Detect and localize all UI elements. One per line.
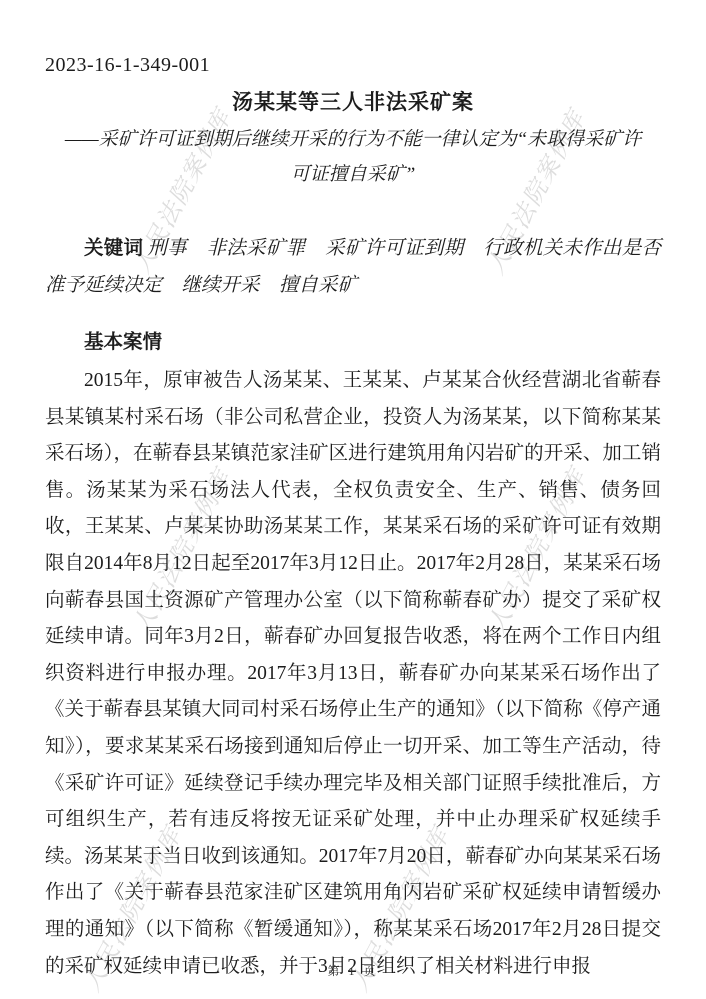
case-subtitle: ——采矿许可证到期后继续开采的行为不能一律认定为“未取得采矿许 可证擅自采矿” [45, 122, 661, 192]
document-page: 人民法院案例库 人民法院案例库 人民法院案例库 人民法院案例库 人民法院案例库 … [0, 0, 706, 999]
case-subtitle-line-1: ——采矿许可证到期后继续开采的行为不能一律认定为“未取得采矿许 [45, 122, 661, 157]
document-number: 2023-16-1-349-001 [45, 52, 661, 78]
case-title: 汤某某等三人非法采矿案 [45, 87, 661, 117]
keywords-label: 关键词 [84, 237, 143, 259]
section-heading-basic-facts: 基本案情 [45, 324, 661, 361]
case-subtitle-line-2: 可证擅自采矿” [45, 157, 661, 192]
page-number-footer: 第 1 页 [0, 962, 706, 979]
basic-facts-paragraph: 2015年，原审被告人汤某某、王某某、卢某某合伙经营湖北省蕲春县某镇某村采石场（… [45, 363, 661, 985]
keywords-block: 关键词刑事 非法采矿罪 采矿许可证到期 行政机关未作出是否准予延续决定 继续开采… [45, 230, 661, 304]
document-content: 2023-16-1-349-001 汤某某等三人非法采矿案 ——采矿许可证到期后… [45, 52, 661, 999]
